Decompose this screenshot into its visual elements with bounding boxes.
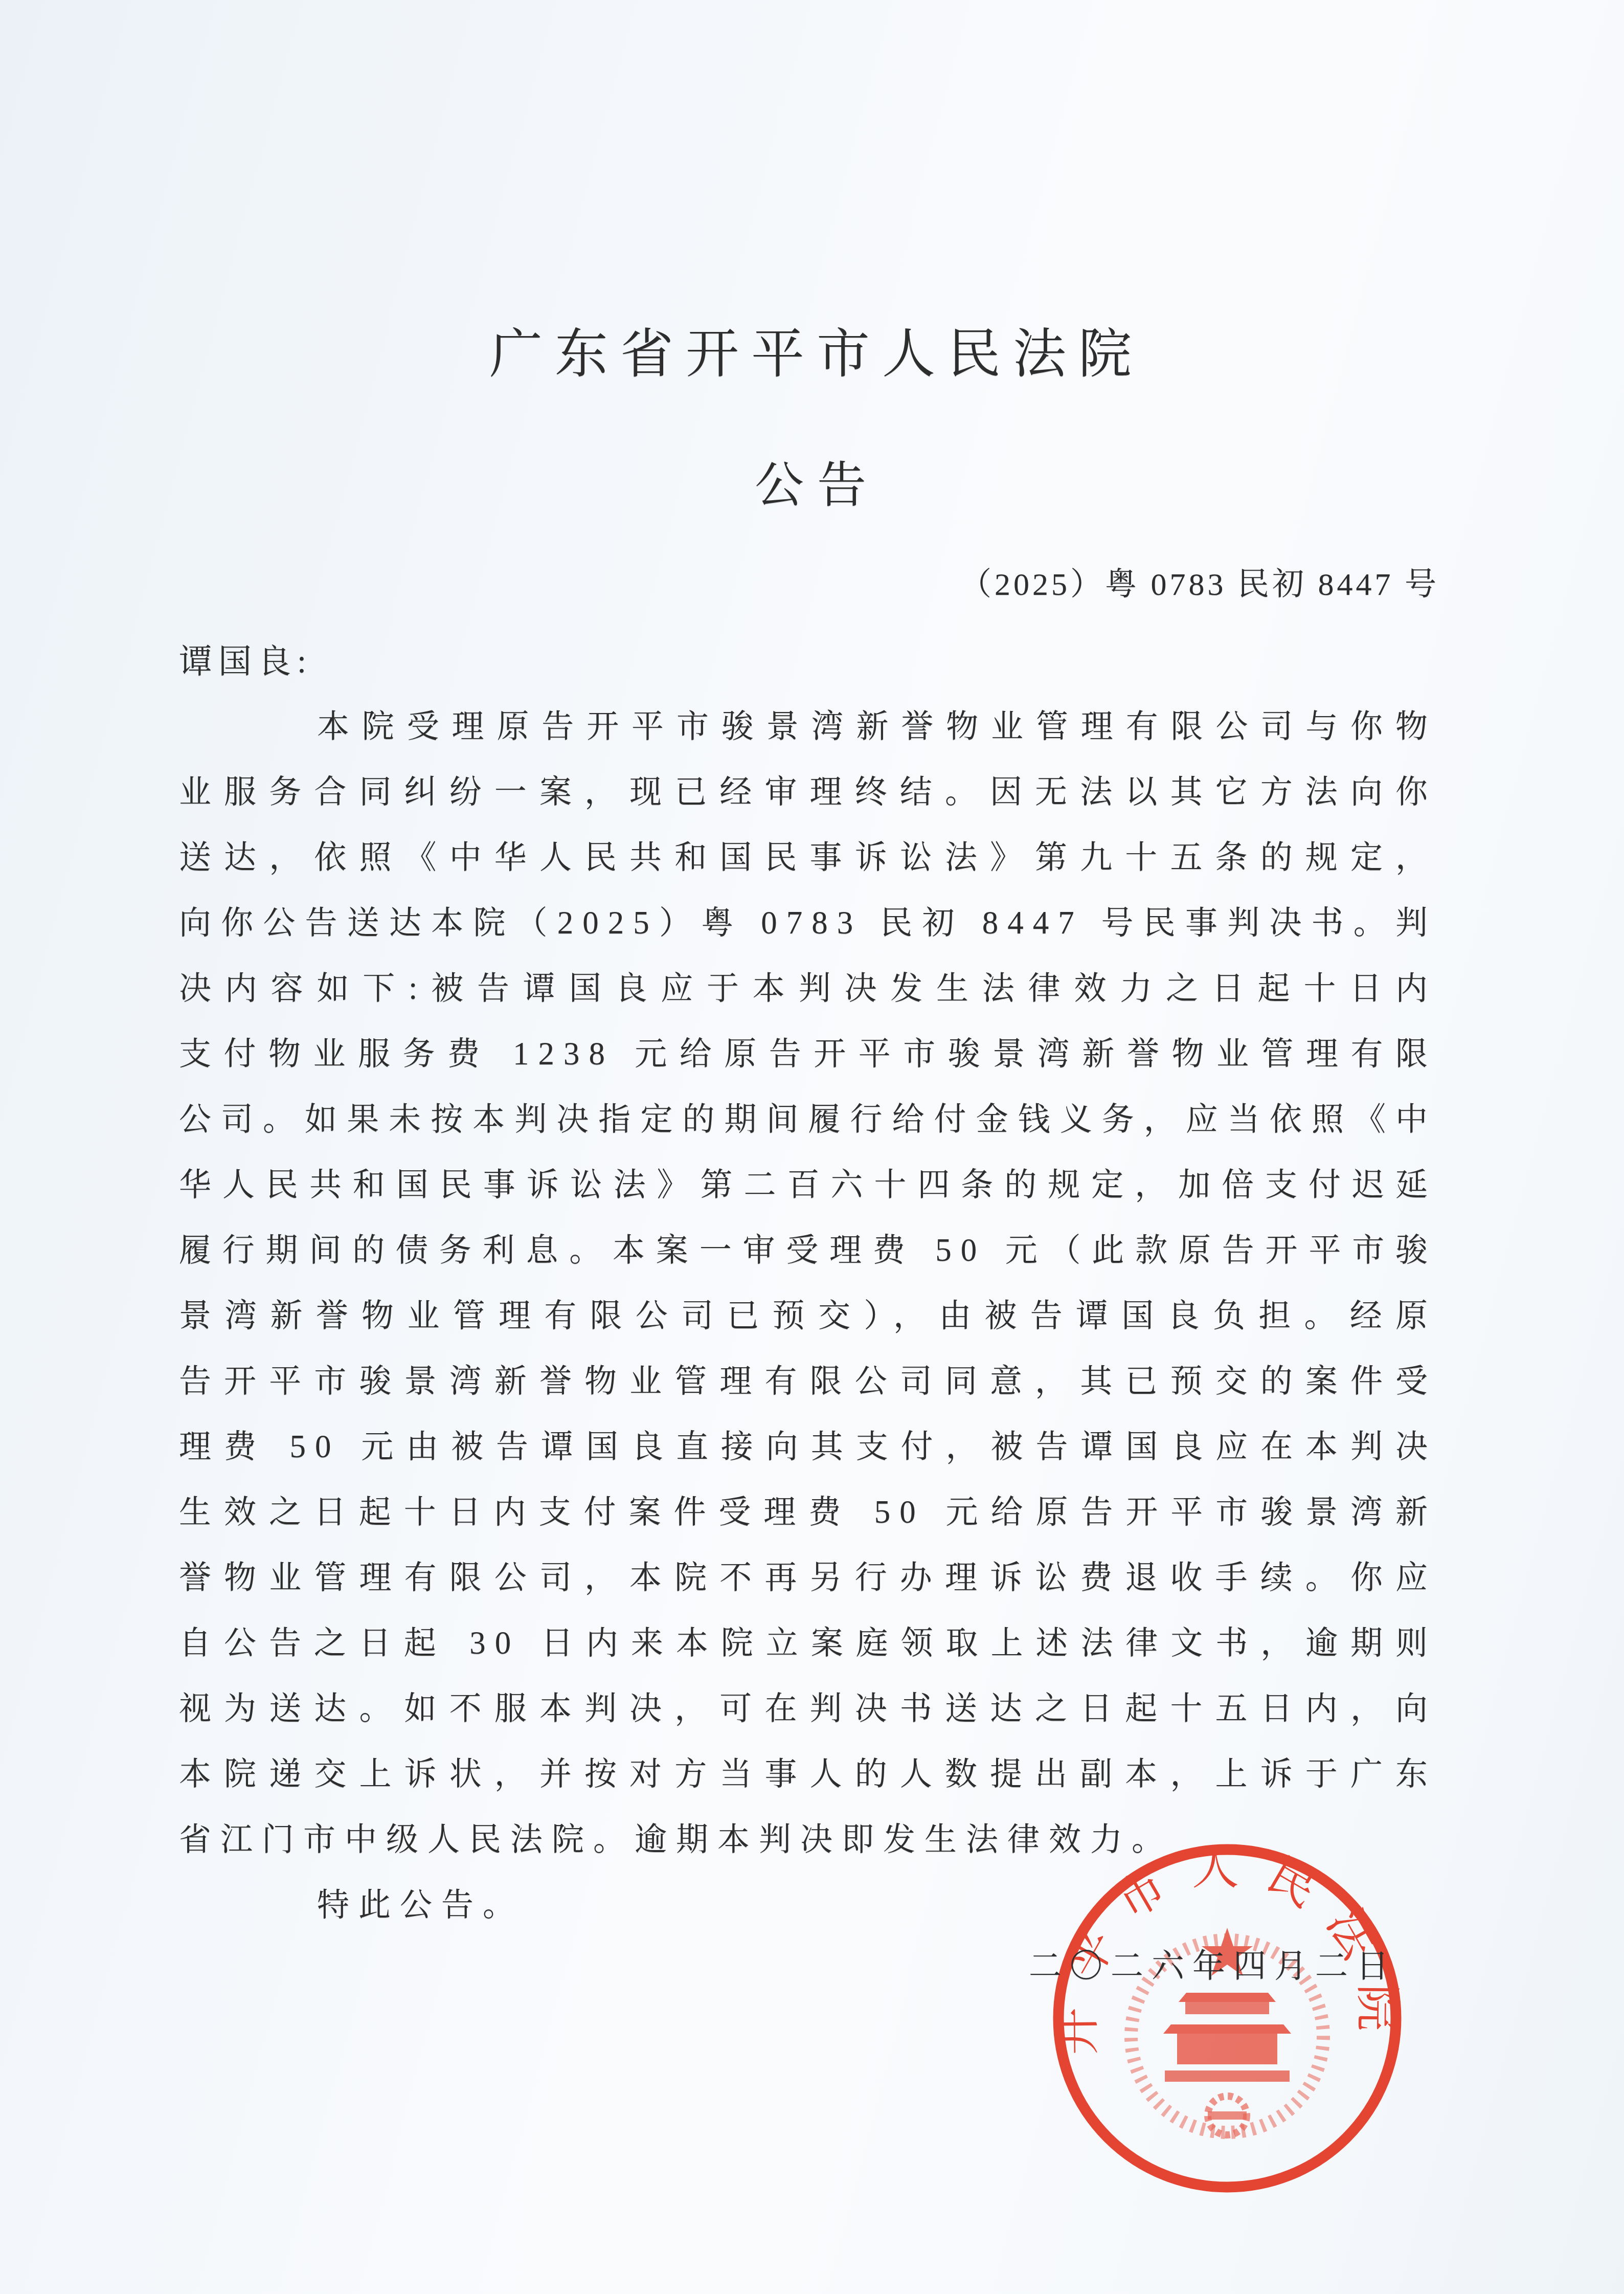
- body-line: 生效之日起十日内支付案件受理费 50 元给原告开平市骏景湾新: [179, 1479, 1437, 1545]
- body-line: 送达，依照《中华人民共和国民事诉讼法》第九十五条的规定，: [179, 825, 1437, 890]
- court-name-title: 广东省开平市人民法院: [182, 311, 1439, 388]
- emblem-roof-upper: [1179, 1993, 1276, 2002]
- case-number: （2025）粤 0783 民初 8447 号: [182, 559, 1439, 604]
- body-line: 本院递交上诉状，并按对方当事人的人数提出副本，上诉于广东: [179, 1741, 1437, 1807]
- addressee-name: 谭国良:: [179, 634, 312, 682]
- body-line: 公司。如果未按本判决指定的期间履行给付金钱义务，应当依照《中: [179, 1086, 1437, 1152]
- body-line: 业服务合同纠纷一案，现已经审理终结。因无法以其它方法向你: [179, 759, 1437, 825]
- emblem-roof-lower: [1163, 2024, 1291, 2034]
- announcement-body: 本院受理原告开平市骏景湾新誉物业管理有限公司与你物业服务合同纠纷一案，现已经审理…: [179, 694, 1437, 1937]
- court-seal: 开平市人民法院: [1048, 1839, 1406, 2197]
- body-line: 誉物业管理有限公司，本院不再另行办理诉讼费退收手续。你应: [179, 1545, 1437, 1610]
- body-paragraph: 本院受理原告开平市骏景湾新誉物业管理有限公司与你物业服务合同纠纷一案，现已经审理…: [179, 694, 1437, 1872]
- body-line: 告开平市骏景湾新誉物业管理有限公司同意，其已预交的案件受: [179, 1348, 1437, 1414]
- body-line: 支付物业服务费 1238 元给原告开平市骏景湾新誉物业管理有限: [179, 1021, 1437, 1086]
- body-line: 华人民共和国民事诉讼法》第二百六十四条的规定，加倍支付迟延: [179, 1152, 1437, 1217]
- body-line: 履行期间的债务利息。本案一审受理费 50 元（此款原告开平市骏: [179, 1217, 1437, 1283]
- body-line: 本院受理原告开平市骏景湾新誉物业管理有限公司与你物: [179, 694, 1437, 759]
- body-line: 决内容如下:被告谭国良应于本判决发生法律效力之日起十日内: [179, 955, 1437, 1021]
- issue-date: 二〇二六年四月二日: [1029, 1940, 1397, 1987]
- body-line: 视为送达。如不服本判决，可在判决书送达之日起十五日内，向: [179, 1676, 1437, 1741]
- body-line: 向你公告送达本院（2025）粤 0783 民初 8447 号民事判决书。判: [179, 890, 1437, 955]
- document-type-heading: 公告: [182, 446, 1439, 516]
- body-line: 自公告之日起 30 日内来本院立案庭领取上述法律文书，逾期则: [179, 1610, 1437, 1676]
- court-announcement-page: 广东省开平市人民法院 公告 （2025）粤 0783 民初 8447 号 谭国良…: [0, 0, 1624, 2294]
- body-line: 景湾新誉物业管理有限公司已预交），由被告谭国良负担。经原: [179, 1283, 1437, 1348]
- body-line: 理费 50 元由被告谭国良直接向其支付，被告谭国良应在本判决: [179, 1414, 1437, 1479]
